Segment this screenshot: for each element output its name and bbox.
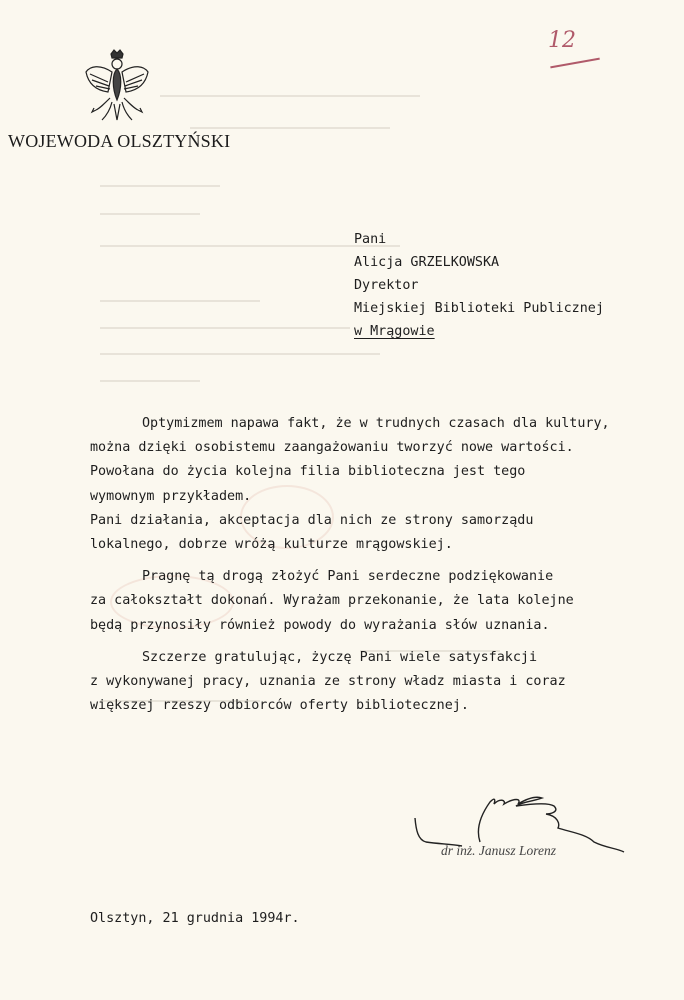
place-and-date: Olsztyn, 21 grudnia 1994r. — [90, 911, 300, 926]
signer-name: dr inż. Janusz Lorenz — [441, 843, 556, 859]
letter-body: Optymizmem napawa fakt, że w trudnych cz… — [90, 412, 610, 726]
body-paragraph: Pragnę tą drogą złożyć Pani serdeczne po… — [90, 565, 610, 638]
body-line: można dzięki osobistemu zaangażowaniu tw… — [90, 436, 610, 460]
body-paragraph: Szczerze gratulując, życzę Pani wiele sa… — [90, 646, 610, 719]
addressee-salutation: Pani — [354, 228, 604, 251]
polish-eagle-emblem-icon — [82, 48, 152, 124]
letter-page: WOJEWODA OLSZTYŃSKI 12 Pani Alicja GRZEL… — [0, 0, 684, 1000]
body-line: Pragnę tą drogą złożyć Pani serdeczne po… — [90, 565, 610, 589]
addressee-block: Pani Alicja GRZELKOWSKA Dyrektor Miejski… — [354, 228, 604, 343]
body-line: Pani działania, akceptacja dla nich ze s… — [90, 509, 610, 533]
addressee-position: Dyrektor — [354, 274, 604, 297]
addressee-city: w Mrągowie — [354, 320, 604, 343]
body-line: wymownym przykładem. — [90, 485, 610, 509]
addressee-name: Alicja GRZELKOWSKA — [354, 251, 604, 274]
issuing-office-title: WOJEWODA OLSZTYŃSKI — [8, 131, 230, 152]
body-line: Powołana do życia kolejna filia bibliote… — [90, 460, 610, 484]
body-line: Optymizmem napawa fakt, że w trudnych cz… — [90, 412, 610, 436]
body-line: z wykonywanej pracy, uznania ze strony w… — [90, 670, 610, 694]
page-number-underline — [550, 58, 600, 68]
body-line: Szczerze gratulując, życzę Pani wiele sa… — [90, 646, 610, 670]
body-line: większej rzeszy odbiorców oferty bibliot… — [90, 694, 610, 718]
handwritten-page-number: 12 — [548, 28, 576, 53]
body-paragraph: Optymizmem napawa fakt, że w trudnych cz… — [90, 412, 610, 557]
body-line: lokalnego, dobrze wróżą kulturze mrągows… — [90, 533, 610, 557]
body-line: będą przynosiły również powody do wyraża… — [90, 614, 610, 638]
body-line: za całokształt dokonań. Wyrażam przekona… — [90, 589, 610, 613]
addressee-institution: Miejskiej Biblioteki Publicznej — [354, 297, 604, 320]
